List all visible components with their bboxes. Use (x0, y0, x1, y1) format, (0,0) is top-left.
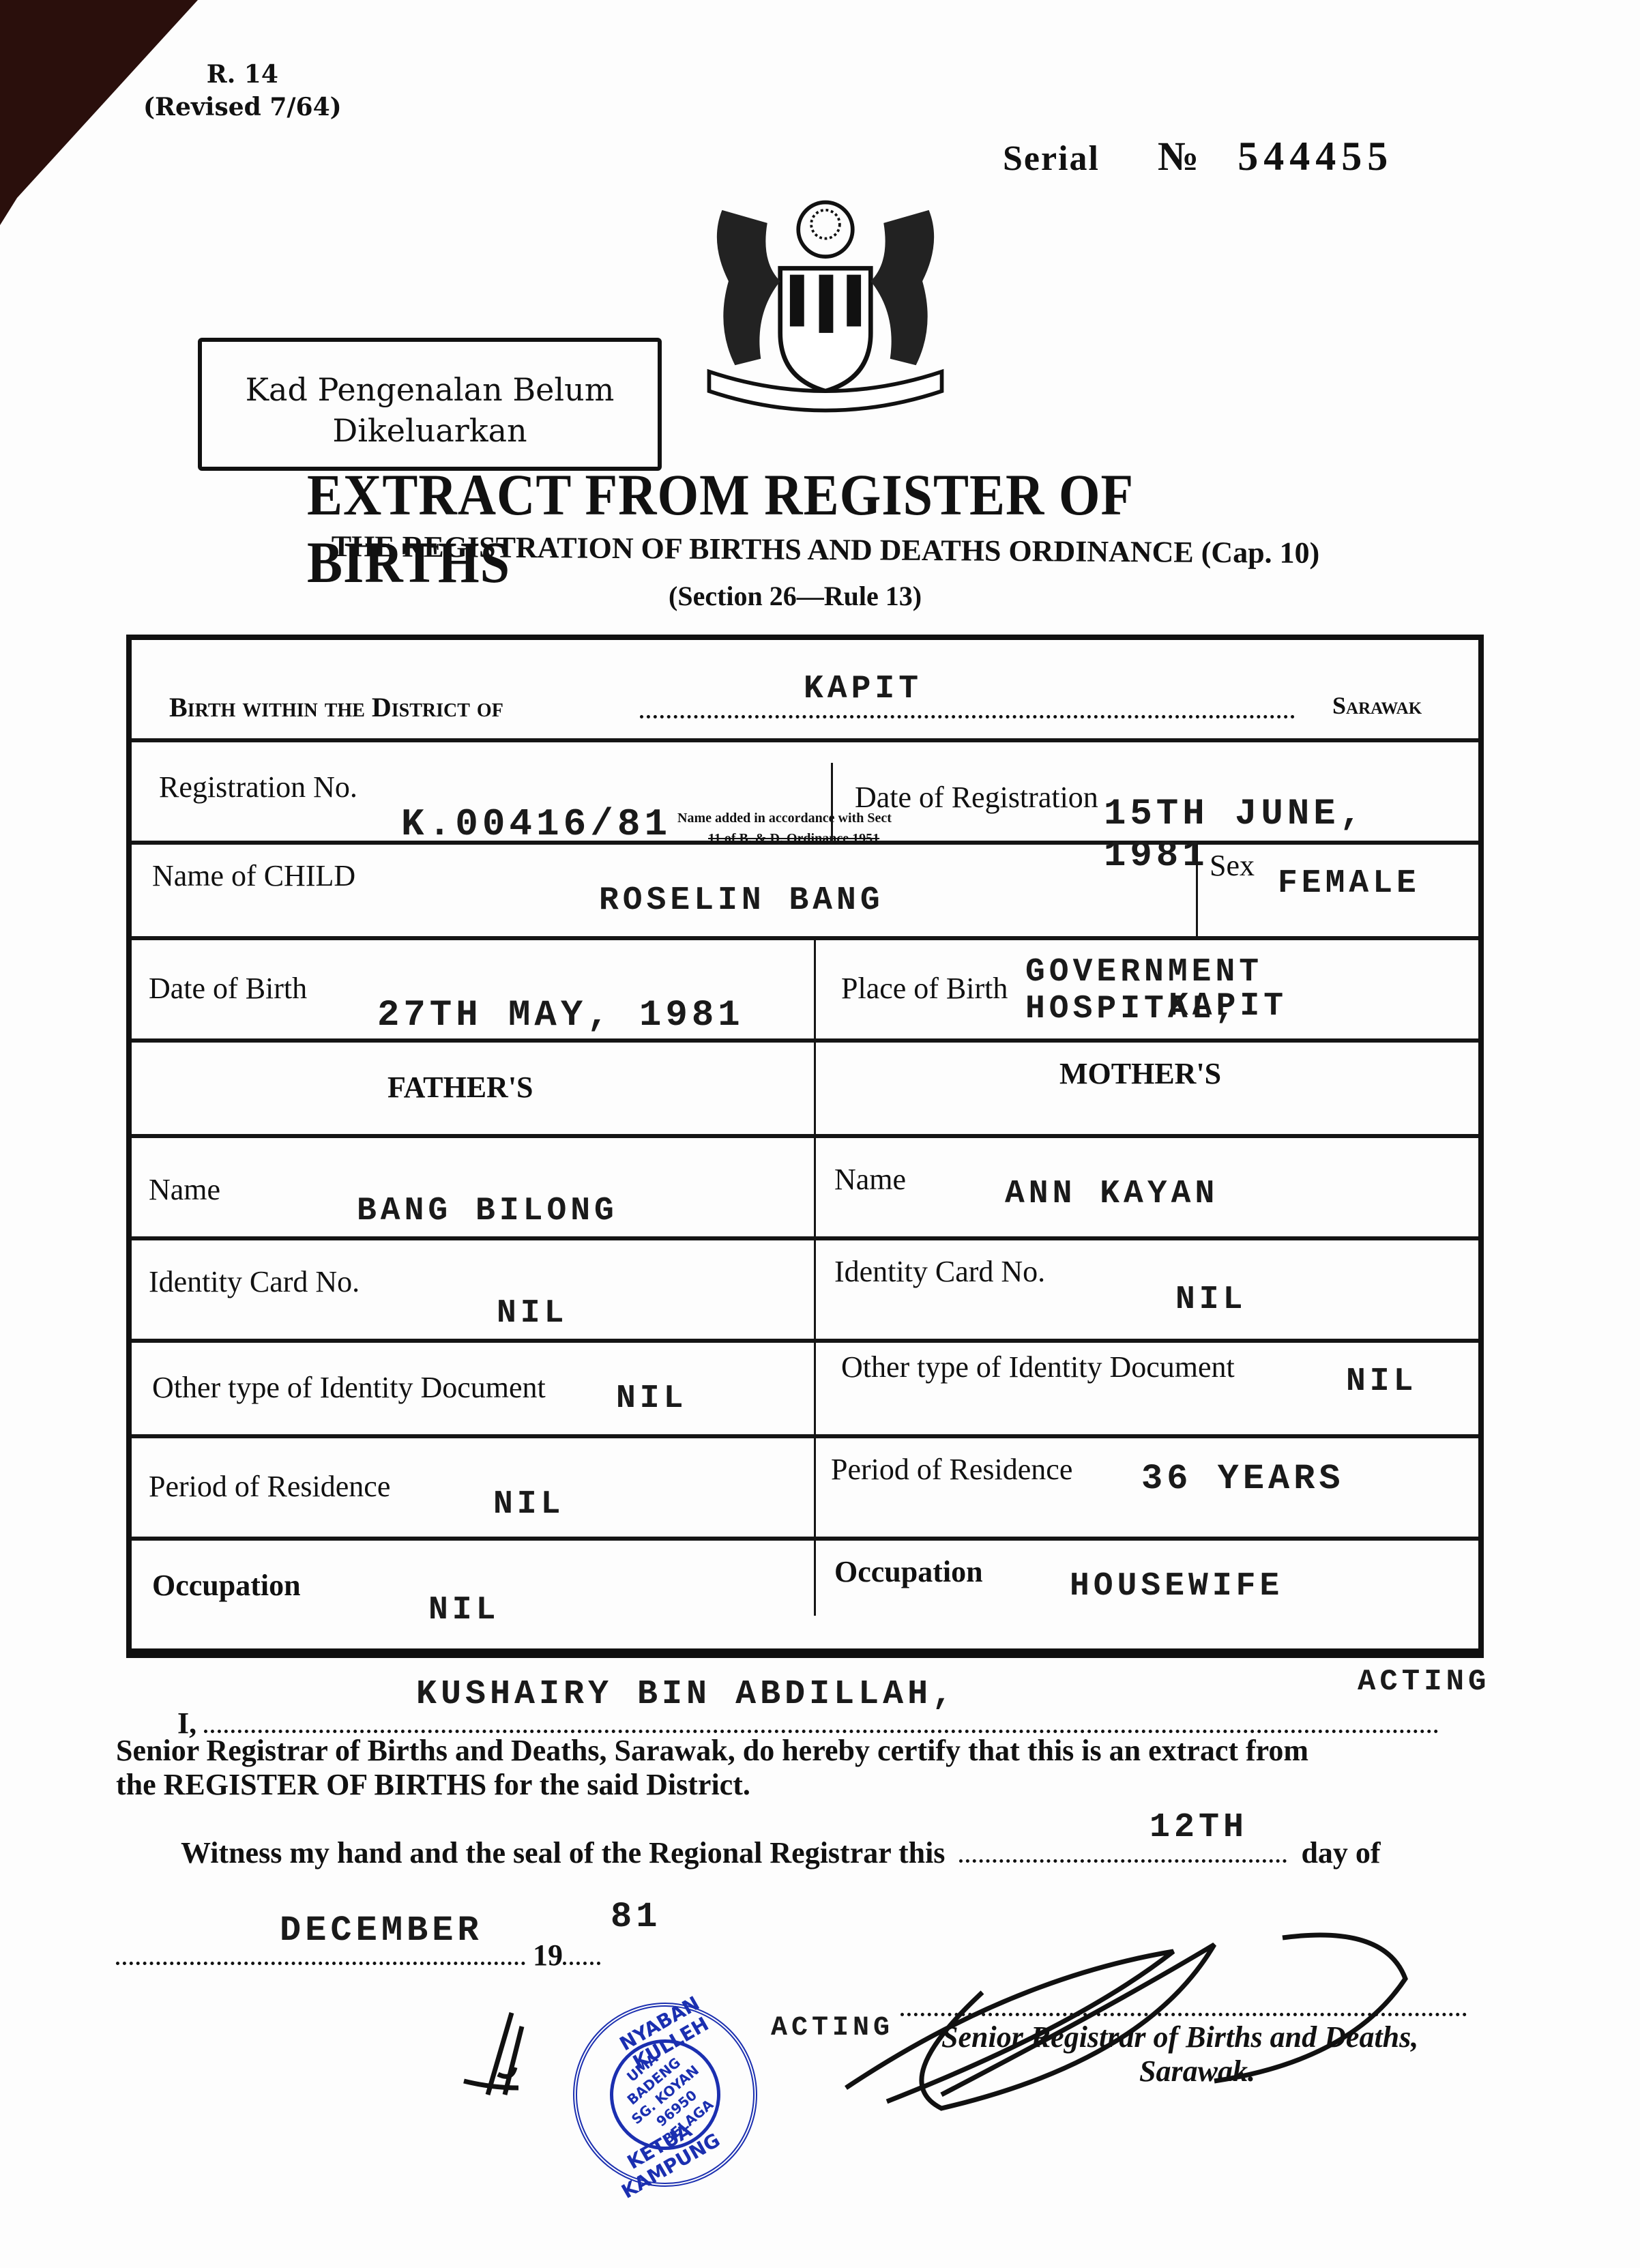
witness-text: Witness my hand and the seal of the Regi… (181, 1836, 945, 1870)
stamp-line-1: Kad Pengenalan Belum (202, 369, 658, 410)
registration-no-value: K.00416/81 (401, 802, 671, 846)
father-heading: FATHER'S (387, 1070, 533, 1105)
mother-ic-label: Identity Card No. (834, 1254, 1045, 1289)
certify-line-2: Senior Registrar of Births and Deaths, S… (116, 1733, 1501, 1768)
parents-occupation-row: Occupation NIL Occupation HOUSEWIFE (132, 1541, 1478, 1653)
year-dotted-line (563, 1954, 600, 1965)
father-other-id-label: Other type of Identity Document (152, 1370, 546, 1405)
numero-sign: № (1158, 134, 1200, 179)
registration-row: Registration No. K.00416/81 Name added i… (132, 742, 1478, 845)
day-of-text: day of (1301, 1836, 1380, 1870)
parents-ic-row: Identity Card No. NIL Identity Card No. … (132, 1240, 1478, 1343)
day-value: 12TH (1150, 1808, 1248, 1847)
registration-no-label: Registration No. (159, 770, 357, 804)
document-title: EXTRACT FROM REGISTER OF BIRTHS (307, 461, 1330, 596)
witness-line: Witness my hand and the seal of the Regi… (181, 1835, 1566, 1870)
place-of-birth-label: Place of Birth (841, 971, 1008, 1006)
year-value: 81 (611, 1897, 661, 1937)
birth-register-form: Birth within the District of KAPIT Saraw… (126, 635, 1484, 1658)
serial-number: Serial № 544455 (1003, 133, 1393, 180)
district-label: Birth within the District of (169, 691, 503, 723)
month-dotted-line (116, 1954, 525, 1965)
form-code: R. 14 (143, 58, 342, 91)
father-residence-value: NIL (493, 1486, 564, 1523)
father-occupation-value: NIL (428, 1592, 499, 1629)
district-row: Birth within the District of KAPIT Saraw… (132, 640, 1478, 742)
district-dotted-line (640, 705, 1295, 718)
mother-residence-label: Period of Residence (831, 1452, 1072, 1487)
district-value: KAPIT (804, 671, 922, 708)
mother-heading: MOTHER'S (1059, 1056, 1221, 1091)
father-name-value: BANG BILONG (357, 1193, 618, 1230)
mother-name-label: Name (834, 1162, 906, 1197)
sex-divider (1196, 845, 1198, 940)
father-name-label: Name (149, 1172, 220, 1207)
id-card-not-issued-stamp: Kad Pengenalan Belum Dikeluarkan (198, 338, 662, 471)
registration-divider (831, 763, 833, 845)
serial-label: Serial (1003, 139, 1100, 178)
mother-other-id-value: NIL (1346, 1363, 1417, 1400)
month-value: DECEMBER (280, 1910, 483, 1951)
sex-value: FEMALE (1278, 865, 1420, 902)
parents-residence-row: Period of Residence NIL Period of Reside… (132, 1438, 1478, 1541)
date-of-birth-label: Date of Birth (149, 971, 307, 1006)
registrar-signature (805, 1924, 1521, 2129)
birth-details-row: Date of Birth 27TH MAY, 1981 Place of Bi… (132, 940, 1478, 1043)
malaysia-coat-of-arms-icon (682, 184, 969, 430)
father-residence-label: Period of Residence (149, 1469, 390, 1504)
section-rule: (Section 26—Rule 13) (669, 580, 922, 612)
year-prefix: 19 (533, 1938, 563, 1972)
mother-name-value: ANN KAYAN (1005, 1176, 1218, 1212)
form-revision: (Revised 7/64) (143, 91, 342, 123)
mother-residence-value: 36 YEARS (1141, 1459, 1345, 1499)
registrar-acting: ACTING (1358, 1665, 1490, 1699)
mother-ic-value: NIL (1175, 1281, 1246, 1318)
father-ic-value: NIL (497, 1295, 568, 1332)
sex-label: Sex (1210, 848, 1255, 883)
document-page: R. 14 (Revised 7/64) Serial № 544455 Kad… (0, 0, 1640, 2268)
child-name-label: Name of CHILD (152, 858, 355, 893)
mother-other-id-label: Other type of Identity Document (841, 1350, 1235, 1384)
father-ic-label: Identity Card No. (149, 1264, 360, 1299)
date-of-birth-value: 27TH MAY, 1981 (377, 995, 744, 1036)
place-of-birth-value-line-2: KAPIT (1169, 988, 1287, 1025)
child-name-row: Name of CHILD ROSELIN BANG Sex FEMALE (132, 845, 1478, 940)
day-dotted-line (959, 1852, 1287, 1863)
registration-date-label: Date of Registration (855, 780, 1098, 815)
form-reference: R. 14 (Revised 7/64) (143, 58, 342, 123)
registrar-dotted-line (204, 1719, 1439, 1733)
mother-occupation-value: HOUSEWIFE (1070, 1568, 1283, 1605)
mother-occupation-label: Occupation (834, 1554, 983, 1589)
parents-heading-row: FATHER'S MOTHER'S (132, 1043, 1478, 1138)
parents-name-row: Name BANG BILONG Name ANN KAYAN (132, 1138, 1478, 1240)
father-other-id-value: NIL (616, 1380, 687, 1417)
parents-other-id-row: Other type of Identity Document NIL Othe… (132, 1343, 1478, 1438)
village-head-seal: NYABAN KULLEH UMA BADENG SG. KOYAN 96950… (573, 2003, 757, 2187)
serial-value: 544455 (1238, 134, 1393, 179)
certify-line-3: the REGISTER OF BIRTHS for the said Dist… (116, 1767, 1501, 1802)
state-label: Sarawak (1332, 691, 1422, 720)
father-occupation-label: Occupation (152, 1568, 301, 1603)
stamp-line-2: Dikeluarkan (202, 410, 658, 451)
child-name-value: ROSELIN BANG (599, 882, 884, 919)
witness-signature (450, 2006, 553, 2108)
